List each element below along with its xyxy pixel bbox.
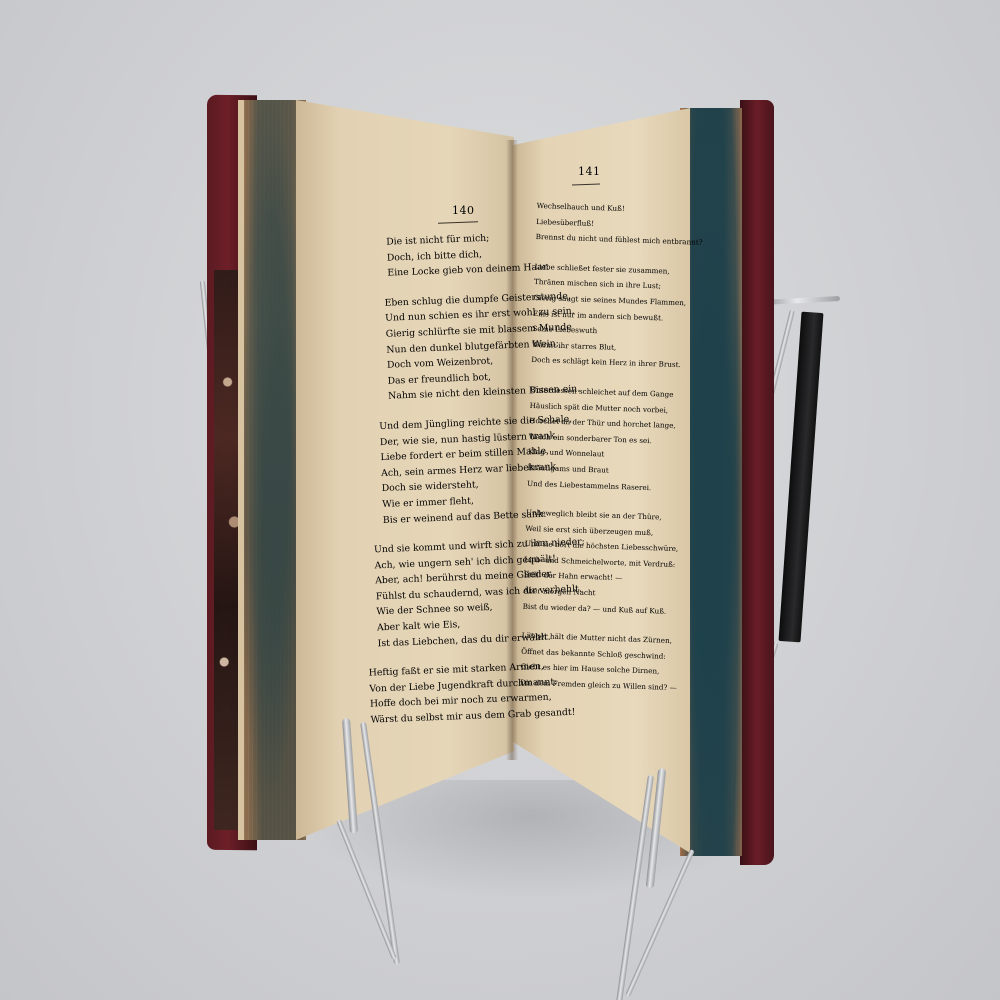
- page-number-right: 141: [578, 165, 601, 178]
- stand-back-support-bar: [779, 312, 824, 643]
- poem-text-right: Wechselhauch und Kuß! Liebesüberfluß! Br…: [520, 198, 704, 696]
- photo-scene: 140 Die ist nicht für mich; Doch, ich bi…: [0, 0, 1000, 1000]
- stanza: Länger hält die Mutter nicht das Zürnen,…: [520, 628, 689, 696]
- stanza: Unbeweglich bleibt sie an der Thüre, Wei…: [522, 505, 693, 620]
- stanza: Wechselhauch und Kuß! Liebesüberfluß! Br…: [535, 198, 704, 251]
- page-number-left: 140: [452, 204, 475, 217]
- book-page-edges-left: [238, 100, 306, 840]
- book-cover-right: [740, 100, 774, 865]
- stanza: Unterdessen schleichet auf dem Gange Häu…: [527, 382, 698, 497]
- stanza: Liebe schließet fester sie zusammen, Thr…: [531, 259, 702, 374]
